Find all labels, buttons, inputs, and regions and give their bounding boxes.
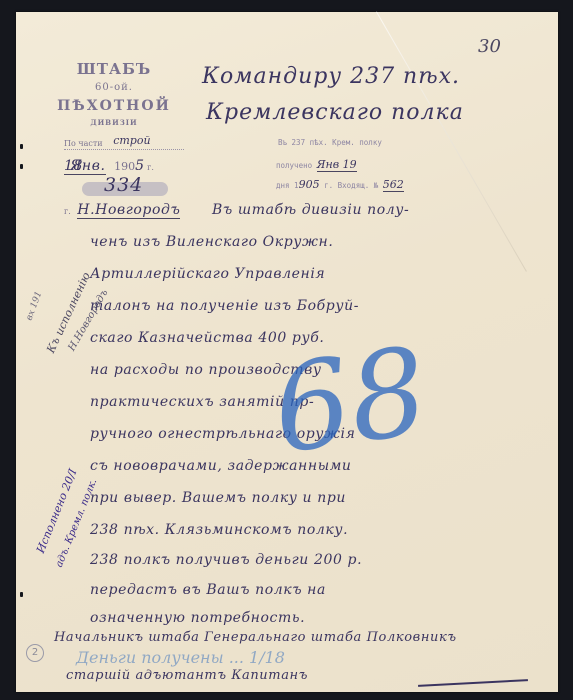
- stamp-line-1: Въ 237 пѣх. Крем. полку: [278, 138, 382, 147]
- date-year-printed: 190: [114, 160, 135, 173]
- blue-pencil-number: 68: [266, 332, 434, 472]
- margin-note-reference: вх 191: [25, 290, 45, 322]
- sheet-marker-circled: 2: [26, 644, 44, 662]
- stamp-received-row: получено Янв 19: [276, 158, 357, 171]
- body-line: при вывер. Вашемъ полку и при: [90, 490, 346, 506]
- letterhead-division-label: ДИВИЗІИ: [54, 118, 174, 127]
- stamp-incoming-row: дня 1905 г. Входящ. № 562: [276, 178, 404, 191]
- stamp-incoming-number: 562: [383, 178, 404, 192]
- punch-hole: [20, 164, 23, 169]
- city-value: Н.Новгородъ: [77, 202, 180, 219]
- form-part-label: По части: [64, 139, 103, 148]
- body-line: передастъ въ Вашъ полкъ на: [90, 582, 326, 598]
- body-line: ченъ изъ Виленскаго Окружн.: [90, 234, 333, 250]
- address-line-2: Кремлевскаго полка: [206, 100, 464, 125]
- date-suffix: г.: [147, 163, 154, 172]
- form-part-row: По части строй: [64, 136, 184, 150]
- form-part-value: строй: [113, 134, 150, 147]
- signature-flourish: [418, 679, 528, 687]
- body-line: 238 пѣх. Клязьминскомъ полку.: [90, 522, 348, 538]
- date-year-hand: 5: [135, 158, 145, 174]
- letterhead-division-name: ПѢХОТНОЙ: [46, 98, 182, 114]
- stamp-incoming-label: г. Входящ. №: [324, 181, 378, 190]
- stamp-received-label: получено: [276, 161, 312, 170]
- signature-line-1: Начальникъ штаба Генеральнаго штаба Полк…: [54, 630, 457, 645]
- letterhead-division-number: 60-ой.: [54, 82, 174, 93]
- form-city-row: г. Н.Новгородъ: [64, 202, 214, 218]
- letterhead-title: ШТАБЪ: [54, 60, 174, 78]
- city-prefix: г.: [64, 207, 71, 216]
- blue-pencil-note: Деньги получены ... 1/18: [76, 648, 285, 667]
- outgoing-number: 334: [104, 174, 143, 196]
- document-page: 30 ШТАБЪ 60-ой. ПѢХОТНОЙ ДИВИЗІИ По част…: [16, 12, 558, 692]
- page-number: 30: [478, 36, 501, 57]
- punch-hole: [20, 592, 23, 597]
- body-line: Въ штабѣ дивизіи полу-: [212, 202, 409, 218]
- form-date-row: 18 Янв. 1905 г.: [64, 158, 204, 174]
- punch-hole: [20, 144, 23, 149]
- date-month: Янв.: [70, 158, 106, 175]
- stamp-day-prefix: дня 1: [276, 181, 299, 190]
- address-line-1: Командиру 237 пѣх.: [202, 64, 460, 89]
- stamp-year: 905: [299, 178, 320, 191]
- signature-line-2: старшій адъютантъ Капитанъ: [66, 668, 308, 683]
- body-line: 238 полкъ получивъ деньги 200 р.: [90, 552, 362, 568]
- stamp-received-value: Янв 19: [317, 158, 357, 172]
- body-line: Артиллерійскаго Управленія: [90, 266, 325, 282]
- paper-fold-line: [376, 12, 527, 272]
- body-line: означенную потребность.: [90, 610, 305, 626]
- body-line: талонъ на полученіе изъ Бобруй-: [90, 298, 359, 314]
